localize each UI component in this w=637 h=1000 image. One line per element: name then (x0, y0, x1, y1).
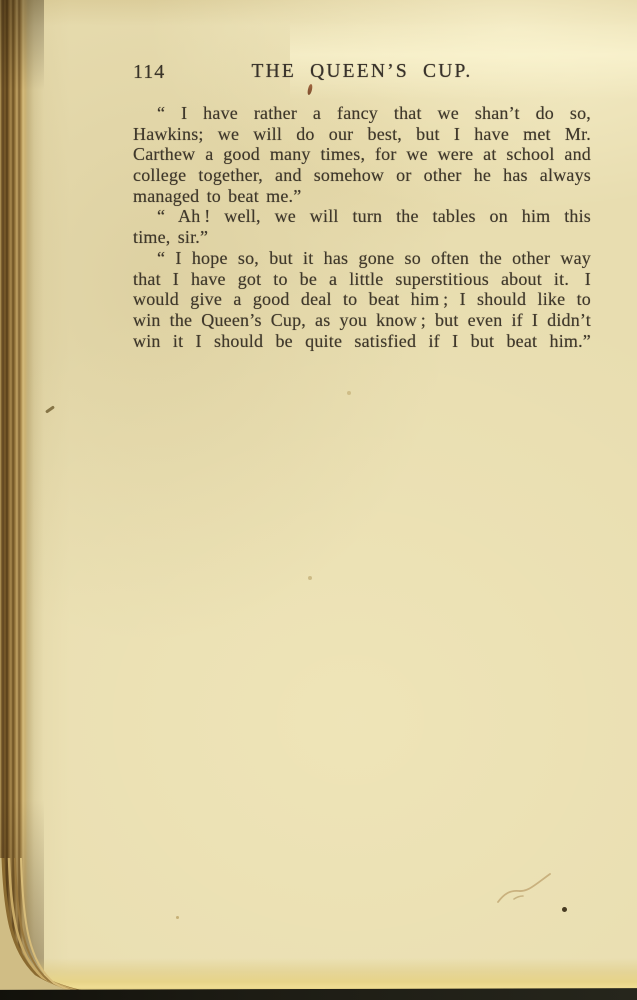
text-line: Carthew a good many times, for we were a… (133, 144, 591, 165)
binding-shading (0, 0, 44, 1000)
text-line: managed to beat me.” (133, 186, 591, 207)
foxing-dot (347, 391, 351, 395)
foxing-dot (308, 576, 312, 580)
ink-dot (562, 907, 567, 912)
pencil-scribble (490, 870, 560, 912)
text-line: win it I should be quite satisfied if I … (133, 331, 591, 352)
text-line: win the Queen’s Cup, as you know ; but e… (133, 310, 591, 331)
text-line: time, sir.” (133, 227, 591, 248)
foxing-dot (176, 916, 179, 919)
scan-bottom-shadow (0, 988, 637, 1000)
text-line: “ I have rather a fancy that we shan’t d… (133, 103, 591, 124)
ink-fleck-below-title (307, 84, 314, 96)
running-title: THE QUEEN’S CUP. (133, 61, 591, 83)
page-corner-curl (0, 858, 132, 1000)
body-text: “ I have rather a fancy that we shan’t d… (133, 103, 591, 351)
text-line: “ I hope so, but it has gone so often th… (133, 248, 591, 269)
text-line: college together, and somehow or other h… (133, 165, 591, 186)
margin-speck (45, 405, 55, 413)
scanned-book-page: 114 THE QUEEN’S CUP. “ I have rather a f… (0, 0, 637, 1000)
text-line: would give a good deal to beat him ; I s… (133, 289, 591, 310)
text-line: “ Ah ! well, we will turn the tables on … (133, 206, 591, 227)
text-line: that I have got to be a little superstit… (133, 269, 591, 290)
page-header: 114 THE QUEEN’S CUP. (133, 61, 591, 85)
text-line: Hawkins; we will do our best, but I have… (133, 124, 591, 145)
